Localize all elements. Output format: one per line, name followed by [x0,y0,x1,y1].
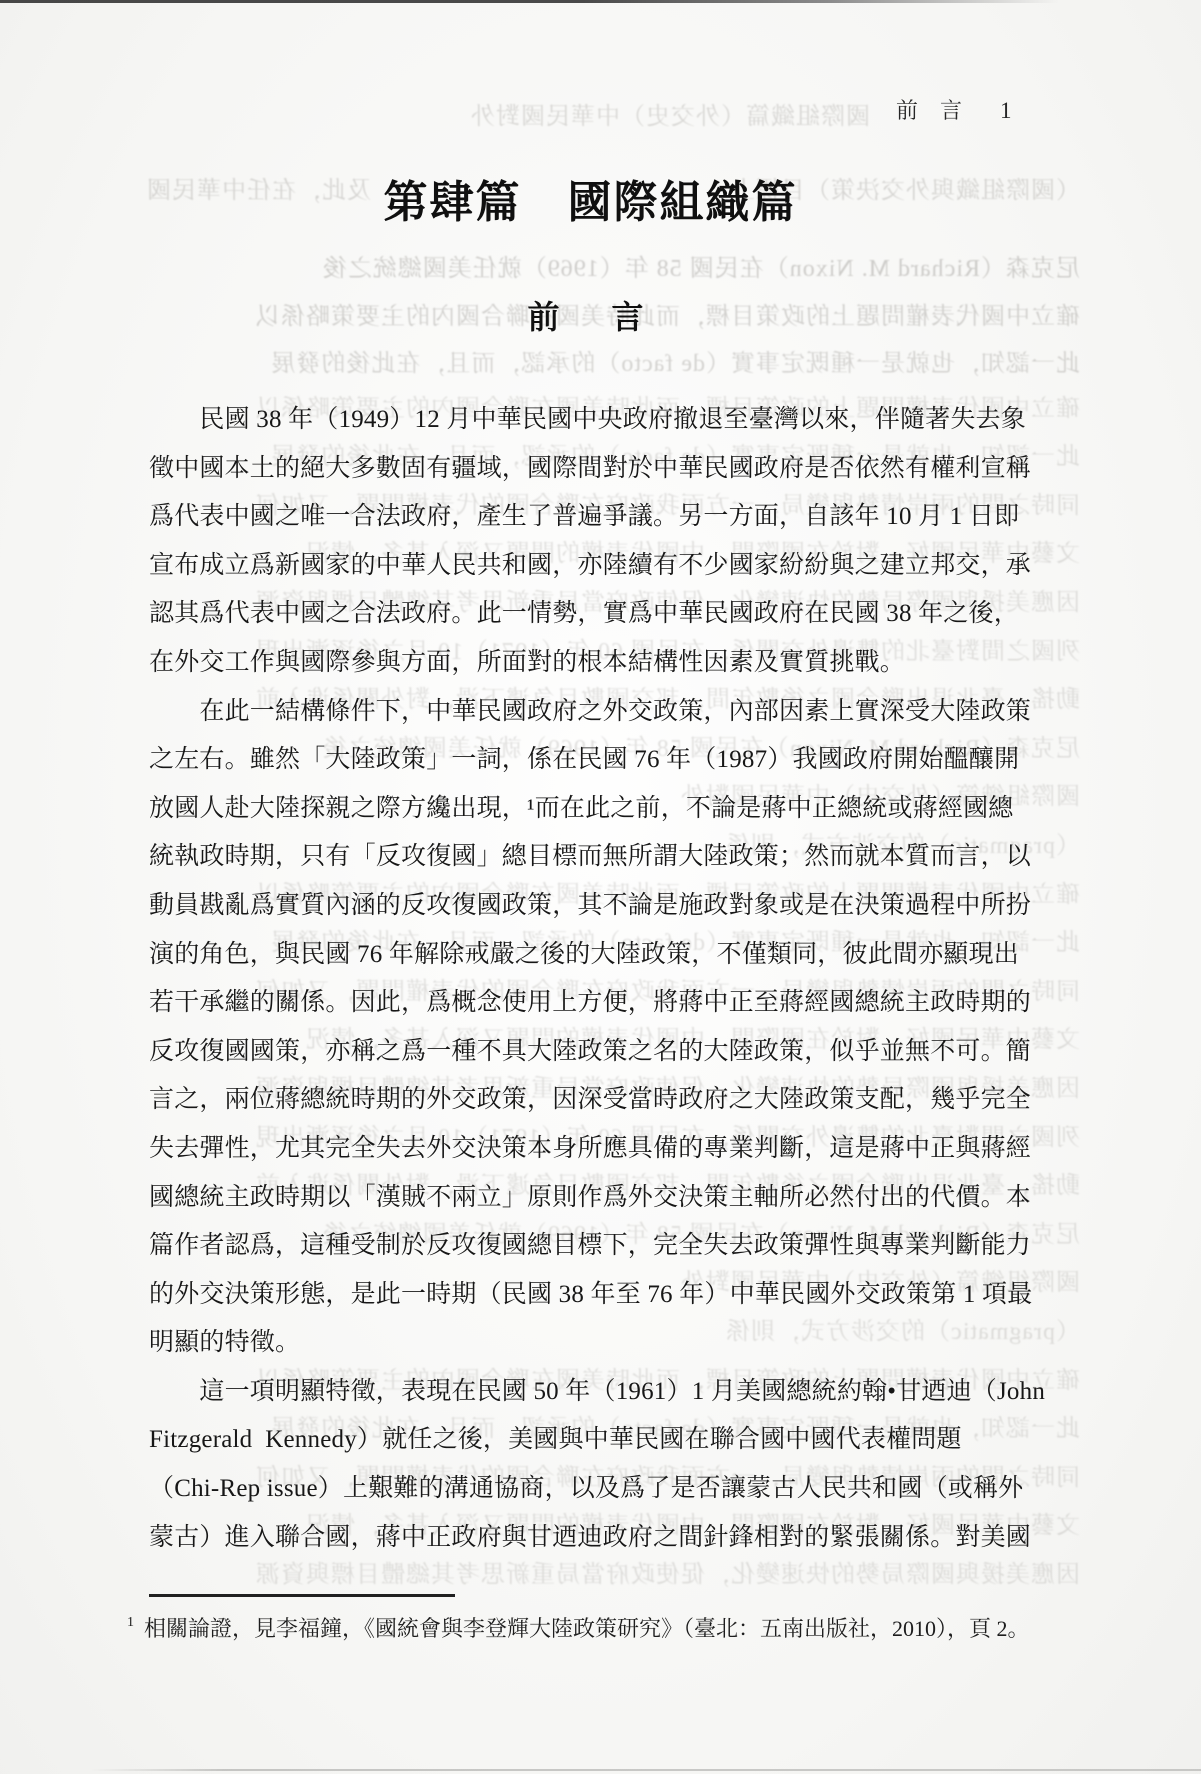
section-heading: 前 言 [149,292,1032,338]
body-line: 失去彈性，尤其完全失去外交決策本身所應具備的專業判斷，這是蔣中正與蔣經 [149,1125,1054,1174]
footnote: 1相關論證，見李福鐘，《國統會與李登輝大陸政策研究》（臺北：五南出版社，2010… [127,1613,1047,1645]
body-line: 放國人赴大陸探親之際方纔出現，¹而在此之前，不論是蔣中正總統或蔣經國總 [149,785,1054,834]
page-number: 1 [1000,98,1012,124]
body-line: 國總統主政時期以「漢賊不兩立」原則作爲外交決策主軸所必然付出的代價。本 [149,1174,1054,1223]
body-line: 明顯的特徵。 [149,1319,1054,1368]
body-line: 反攻復國國策，亦稱之爲一種不具大陸政策之名的大陸政策，似乎並無不可。簡 [149,1028,1054,1077]
body-line: Fitzgerald Kennedy）就任之後，美國與中華民國在聯合國中國代表權… [149,1416,1054,1465]
body-line: 在此一結構條件下，中華民國政府之外交政策，內部因素上實深受大陸政策 [149,688,1054,737]
body-line: 徵中國本土的絕大多數固有疆域，國際間對於中華民國政府是否依然有權利宣稱 [149,445,1054,494]
body-line: 的外交決策形態，是此一時期（民國 38 年至 76 年）中華民國外交政策第 1 … [149,1271,1054,1320]
page-content: 前 言 1 第肆篇 國際組織篇 前 言 民國 38 年（1949）12 月中華民… [0,0,1201,1774]
body-line: 演的角色，與民國 76 年解除戒嚴之後的大陸政策，不僅類同，彼此間亦顯現出 [149,931,1054,980]
body-line: 爲代表中國之唯一合法政府，產生了普遍爭議。另一方面，自該年 10 月 1 日即 [149,493,1054,542]
part-title: 第肆篇 國際組織篇 [149,166,1032,230]
body-line: 民國 38 年（1949）12 月中華民國中央政府撤退至臺灣以來，伴隨著失去象 [149,396,1054,445]
body-line: 言之，兩位蔣總統時期的外交政策，因深受當時政府之大陸政策支配，幾乎完全 [149,1076,1054,1125]
body-line: 在外交工作與國際參與方面，所面對的根本結構性因素及實質挑戰。 [149,639,1054,688]
running-head-section-title: 前 言 [896,94,962,125]
footnote-text: 相關論證，見李福鐘，《國統會與李登輝大陸政策研究》（臺北：五南出版社，2010）… [144,1616,1030,1641]
page-header: 前 言 1 [896,94,1012,125]
body-line: 篇作者認爲，這種受制於反攻復國總目標下，完全失去政策彈性與專業判斷能力 [149,1222,1054,1271]
body-line: 之左右。雖然「大陸政策」一詞，係在民國 76 年（1987）我國政府開始醞釀開 [149,736,1054,785]
footnote-rule [149,1594,455,1597]
body-line: 宣布成立爲新國家的中華人民共和國，亦陸續有不少國家紛紛與之建立邦交，承 [149,542,1054,591]
body-line: 這一項明顯特徵，表現在民國 50 年（1961）1 月美國總統約翰•甘迺迪（Jo… [149,1368,1054,1417]
body-line: 統執政時期，只有「反攻復國」總目標而無所謂大陸政策；然而就本質而言，以 [149,833,1054,882]
body-text: 民國 38 年（1949）12 月中華民國中央政府撤退至臺灣以來，伴隨著失去象徵… [149,396,1054,1562]
body-line: 蒙古）進入聯合國，蔣中正政府與甘迺迪政府之間針鋒相對的緊張關係。對美國 [149,1514,1054,1563]
scanned-book-page: { "document": { "header": { "section": "… [0,0,1201,1774]
footnote-marker: 1 [127,1615,134,1630]
body-line: 若干承繼的關係。因此，爲概念使用上方便，將蔣中正至蔣經國總統主政時期的 [149,979,1054,1028]
body-line: 動員戡亂爲實質內涵的反攻復國政策，其不論是施政對象或是在決策過程中所扮 [149,882,1054,931]
body-line: 認其爲代表中國之合法政府。此一情勢，實爲中華民國政府在民國 38 年之後， [149,590,1054,639]
body-line: （Chi-Rep issue）上艱難的溝通協商，以及爲了是否讓蒙古人民共和國（或… [149,1465,1054,1514]
